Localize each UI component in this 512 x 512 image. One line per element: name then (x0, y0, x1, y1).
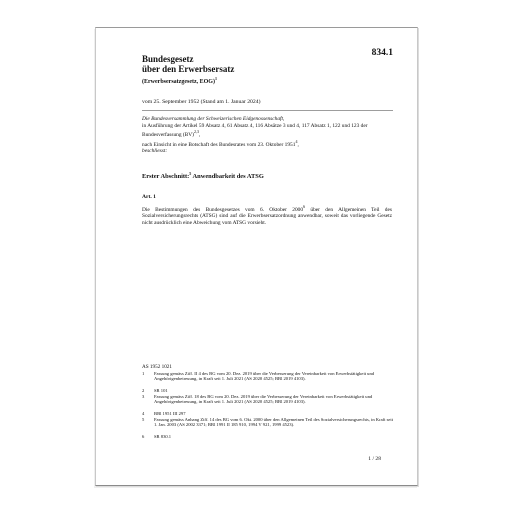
section-heading: Erster Abschnitt:5 Anwendbarkeit des ATS… (142, 171, 264, 180)
footnote-text: Fassung gemäss Anhang Ziff. 14 des BG vo… (154, 417, 394, 428)
footnote-text: Fassung gemäss Ziff. II 4 des BG vom 20.… (154, 371, 394, 382)
footnotes-header: AS 1952 1021 (142, 364, 172, 370)
footnote-number: 2 (142, 388, 144, 393)
footnote-text: SR 101 (154, 388, 394, 393)
title-line-1: Bundesgesetz (142, 54, 194, 64)
short-title-text: (Erwerbsersatzgesetz, EOG) (142, 79, 215, 85)
footnote-text: Fassung gemäss Ziff. 18 des BG vom 20. D… (154, 394, 394, 405)
footnote: 4BBl 1951 III 297 (142, 411, 394, 416)
date-line: vom 25. September 1952 (Stand am 1. Janu… (142, 99, 260, 105)
footnote: 2SR 101 (142, 388, 394, 393)
divider (142, 110, 393, 111)
footnote-text: SR 830.1 (154, 434, 394, 439)
footnote-number: 1 (142, 371, 144, 376)
article-text-a: Die Bestimmungen des Bundesgesetzes vom … (142, 207, 303, 213)
preamble-line-1: in Ausführung der Artikel 59 Absatz 4, 6… (142, 123, 392, 139)
footnote-ref[interactable]: 5 (189, 171, 191, 176)
footnote: 6SR 830.1 (142, 434, 394, 439)
preamble-line-2-text: nach Einsicht in eine Botschaft des Bund… (142, 141, 295, 147)
preamble-line-2: nach Einsicht in eine Botschaft des Bund… (142, 139, 392, 148)
short-title: (Erwerbsersatzgesetz, EOG)1 (142, 76, 217, 85)
article-heading: Art. 1 (142, 194, 156, 200)
footnote: 5Fassung gemäss Anhang Ziff. 14 des BG v… (142, 417, 394, 428)
section-label: Erster Abschnitt: (142, 173, 189, 180)
footnote: 1Fassung gemäss Ziff. II 4 des BG vom 20… (142, 371, 394, 382)
preamble: Die Bundesversammlung der Schweizerische… (142, 116, 392, 155)
footnote-number: 6 (142, 434, 144, 439)
preamble-decides: beschliesst: (142, 148, 392, 155)
footnote-ref[interactable]: 2,3 (194, 129, 199, 134)
preamble-intro: Die Bundesversammlung der Schweizerische… (142, 116, 392, 123)
footnote-ref[interactable]: 1 (215, 76, 217, 81)
footnote: 3Fassung gemäss Ziff. 18 des BG vom 20. … (142, 394, 394, 405)
footnote-text: BBl 1951 III 297 (154, 411, 394, 416)
document-page: 834.1 Bundesgesetz über den Erwerbsersat… (95, 27, 418, 486)
article-text: Die Bestimmungen des Bundesgesetzes vom … (142, 204, 392, 227)
footnote-ref[interactable]: 4 (295, 139, 297, 144)
title-line-2: über den Erwerbsersatz (142, 64, 234, 74)
footnote-number: 3 (142, 394, 144, 399)
footnote-number: 4 (142, 411, 144, 416)
page-number: 1 / 28 (368, 456, 381, 462)
footnote-number: 5 (142, 417, 144, 422)
section-title: Anwendbarkeit des ATSG (193, 173, 264, 180)
sr-number: 834.1 (372, 48, 393, 58)
preamble-line-1-text: in Ausführung der Artikel 59 Absatz 4, 6… (142, 123, 368, 138)
